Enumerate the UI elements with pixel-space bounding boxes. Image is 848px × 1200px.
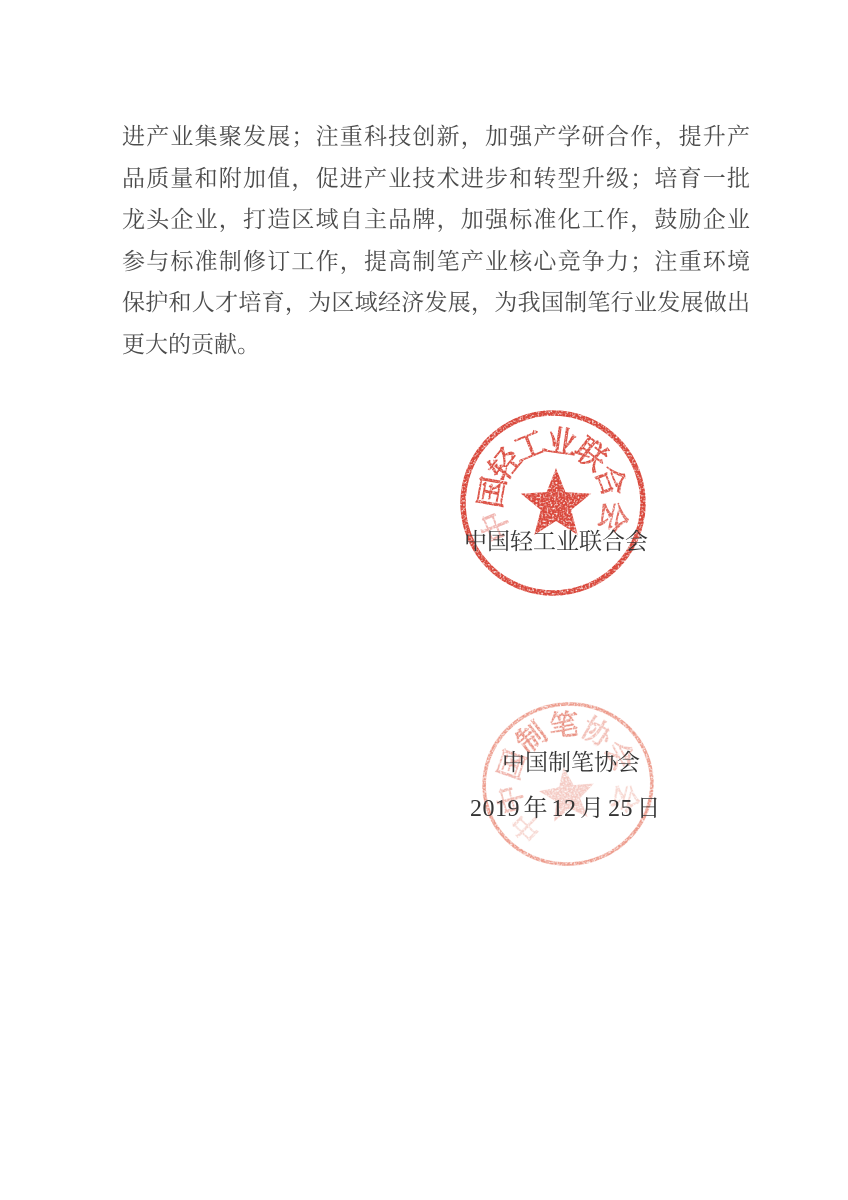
seal-arc-char: 国 (473, 474, 513, 511)
seal-arc-char: 合 (589, 460, 633, 501)
body-text-line: 品质量和附加值，促进产业技术进步和转型升级；培育一批 (122, 158, 750, 200)
body-text-line: 参与标准制修订工作，提高制笔产业核心竞争力；注重环境 (122, 241, 750, 283)
signatory-1-name: 中国轻工业联合会 (464, 523, 648, 556)
seal-ring (474, 693, 663, 875)
seal-arc-char: 工 (509, 424, 551, 468)
seal-arc-char: 笔 (548, 708, 579, 743)
seal-ring (463, 413, 643, 593)
body-text-line: 进产业集聚发展；注重科技创新，加强产学研合作，提升产 (122, 116, 750, 158)
seal-arc-char: 业 (544, 423, 580, 462)
round-seal-graphic: 中 国 制 笔 协 会 会 中 (468, 684, 668, 884)
scanned-document-page: 进产业集聚发展；注重科技创新，加强产学研合作，提升产 品质量和附加值，促进产业技… (0, 0, 848, 1200)
signatory-2-name: 中国制笔协会 (502, 744, 640, 777)
seal-arc-char: 轻 (481, 440, 529, 488)
round-seal-graphic: 中 国 轻 工 业 联 合 会 (418, 368, 688, 638)
body-text-line: 更大的贡献。 (122, 324, 750, 366)
signature-date: 2019 年 12 月 25 日 (470, 788, 661, 823)
body-text-line: 保护和人才培育，为区域经济发展，为我国制笔行业发展做出 (122, 282, 750, 324)
body-paragraph: 进产业集聚发展；注重科技创新，加强产学研合作，提升产 品质量和附加值，促进产业技… (122, 116, 750, 365)
writing-instrument-association-seal: 中 国 制 笔 协 会 会 中 (468, 684, 668, 884)
body-text-line: 龙头企业，打造区域自主品牌，加强标准化工作，鼓励企业 (122, 199, 750, 241)
light-industry-council-seal: 中 国 轻 工 业 联 合 会 (418, 368, 688, 638)
seal-arc-char: 联 (568, 431, 614, 478)
